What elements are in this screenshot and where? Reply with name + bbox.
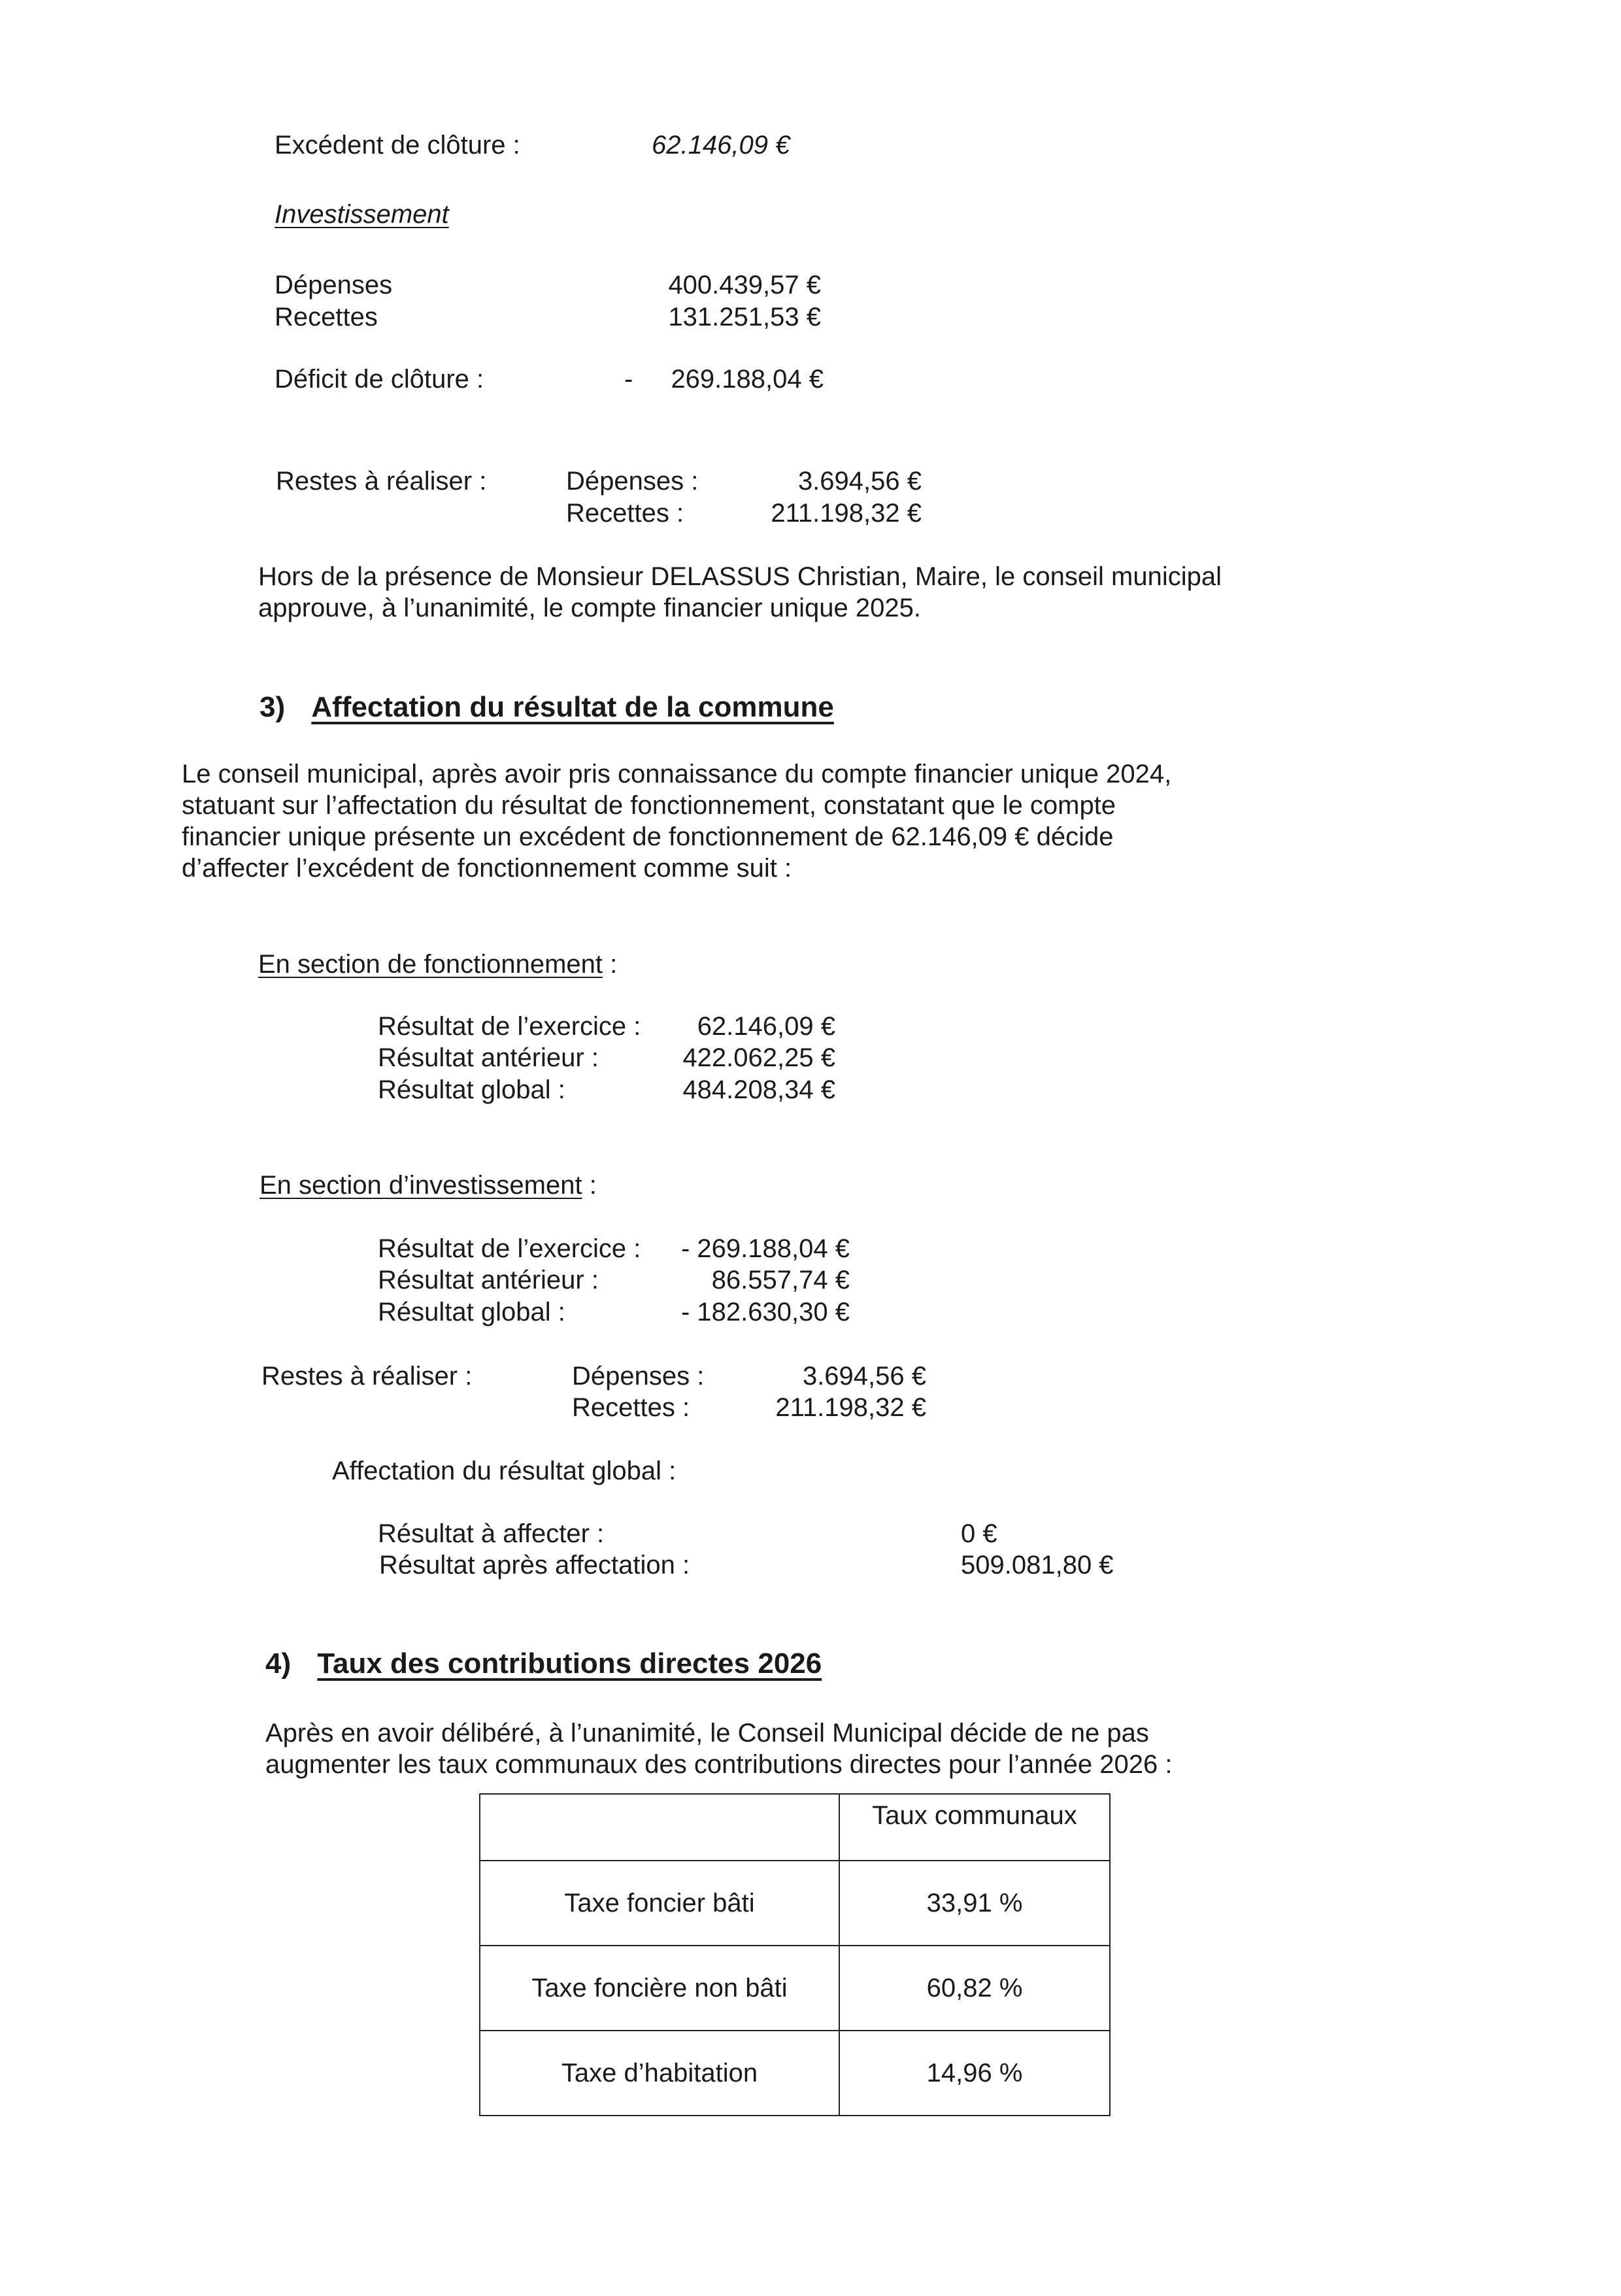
invest-depenses-label: Dépenses — [275, 272, 392, 298]
fonct-row-value: 62.146,09 € — [697, 1013, 835, 1039]
restes-depenses-label: Dépenses : — [566, 468, 698, 494]
invest-row-label: Résultat antérieur : — [378, 1267, 599, 1293]
fonct-row-value: 484.208,34 € — [682, 1077, 835, 1103]
affectation-row-label: Résultat après affectation : — [379, 1552, 690, 1578]
restes2-depenses-value: 3.694,56 € — [803, 1363, 926, 1389]
tax-rate-cell: 14,96 % — [839, 2031, 1110, 2116]
excedent-cloture-value: 62.146,09 € — [652, 132, 790, 158]
restes2-recettes-label: Recettes : — [572, 1394, 690, 1421]
affectation-row-value: 0 € — [961, 1521, 997, 1547]
section3-paragraph: Le conseil municipal, après avoir pris c… — [182, 758, 1171, 884]
deficit-cloture-value: 269.188,04 € — [671, 366, 824, 392]
affectation-row-label: Résultat à affecter : — [378, 1521, 604, 1547]
table-header-cell: Taux communaux — [839, 1794, 1110, 1861]
fonct-row-label: Résultat antérieur : — [378, 1045, 599, 1071]
restes2-recettes-value: 211.198,32 € — [775, 1394, 926, 1421]
section4-line: Après en avoir délibéré, à l’unanimité, … — [265, 1717, 1172, 1749]
restes-depenses-value: 3.694,56 € — [798, 468, 922, 494]
table-row: Taxe foncier bâti 33,91 % — [480, 1861, 1110, 1946]
deficit-cloture-label: Déficit de clôture : — [275, 366, 484, 392]
approval-line: Hors de la présence de Monsieur DELASSUS… — [258, 561, 1222, 592]
approval-paragraph: Hors de la présence de Monsieur DELASSUS… — [258, 561, 1222, 624]
affectation-row-value: 509.081,80 € — [961, 1552, 1114, 1578]
section3-number: 3) — [259, 691, 285, 723]
table-header-cell — [480, 1794, 839, 1861]
fonctionnement-heading-suffix: : — [603, 950, 617, 979]
invest-row-value: 86.557,74 € — [712, 1267, 850, 1293]
fonct-row-label: Résultat global : — [378, 1077, 565, 1103]
invest-row-label: Résultat global : — [378, 1299, 565, 1325]
tax-name-cell: Taxe foncière non bâti — [480, 1946, 839, 2031]
restes2-label: Restes à réaliser : — [261, 1363, 472, 1389]
table-header-row: Taux communaux — [480, 1794, 1110, 1861]
tax-name-cell: Taxe d’habitation — [480, 2031, 839, 2116]
table-row: Taxe d’habitation 14,96 % — [480, 2031, 1110, 2116]
section3-line: financier unique présente un excédent de… — [182, 821, 1171, 853]
affectation-heading: Affectation du résultat global : — [332, 1458, 676, 1484]
section3-line: statuant sur l’affectation du résultat d… — [182, 790, 1171, 821]
fonct-row-label: Résultat de l’exercice : — [378, 1013, 641, 1039]
invest-depenses-value: 400.439,57 € — [668, 272, 821, 298]
tax-rate-cell: 33,91 % — [839, 1861, 1110, 1946]
excedent-cloture-label: Excédent de clôture : — [275, 132, 520, 158]
section4-paragraph: Après en avoir délibéré, à l’unanimité, … — [265, 1717, 1172, 1780]
section3-line: Le conseil municipal, après avoir pris c… — [182, 758, 1171, 790]
fonct-row-value: 422.062,25 € — [682, 1045, 835, 1071]
invest-row-label: Résultat de l’exercice : — [378, 1236, 641, 1262]
investissement-section-heading-text: En section d’investissement — [259, 1171, 582, 1200]
section4-title: Taux des contributions directes 2026 — [317, 1647, 822, 1680]
fonctionnement-heading: En section de fonctionnement : — [258, 951, 617, 977]
invest-recettes-label: Recettes — [275, 304, 378, 330]
deficit-sign: - — [624, 366, 633, 392]
invest-recettes-value: 131.251,53 € — [668, 304, 821, 330]
restes-label: Restes à réaliser : — [276, 468, 486, 494]
restes-recettes-label: Recettes : — [566, 500, 684, 526]
table-row: Taxe foncière non bâti 60,82 % — [480, 1946, 1110, 2031]
restes2-depenses-label: Dépenses : — [572, 1363, 704, 1389]
section4-line: augmenter les taux communaux des contrib… — [265, 1749, 1172, 1780]
restes-recettes-value: 211.198,32 € — [771, 500, 922, 526]
invest-row-value: - 182.630,30 € — [681, 1299, 850, 1325]
section4-heading: 4) Taux des contributions directes 2026 — [265, 1649, 822, 1678]
invest-row-value: - 269.188,04 € — [681, 1236, 850, 1262]
tax-name-cell: Taxe foncier bâti — [480, 1861, 839, 1946]
investissement-section-heading: En section d’investissement : — [259, 1172, 597, 1198]
section3-title: Affectation du résultat de la commune — [311, 691, 833, 723]
section3-line: d’affecter l’excédent de fonctionnement … — [182, 853, 1171, 884]
investissement-section-heading-suffix: : — [582, 1171, 597, 1200]
fonctionnement-heading-text: En section de fonctionnement — [258, 950, 603, 979]
tax-rates-table: Taux communaux Taxe foncier bâti 33,91 %… — [479, 1793, 1111, 2116]
investissement-heading: Investissement — [275, 201, 449, 228]
tax-rate-cell: 60,82 % — [839, 1946, 1110, 2031]
section3-heading: 3) Affectation du résultat de la commune — [259, 693, 834, 722]
approval-line: approuve, à l’unanimité, le compte finan… — [258, 592, 1222, 624]
section4-number: 4) — [265, 1647, 291, 1680]
